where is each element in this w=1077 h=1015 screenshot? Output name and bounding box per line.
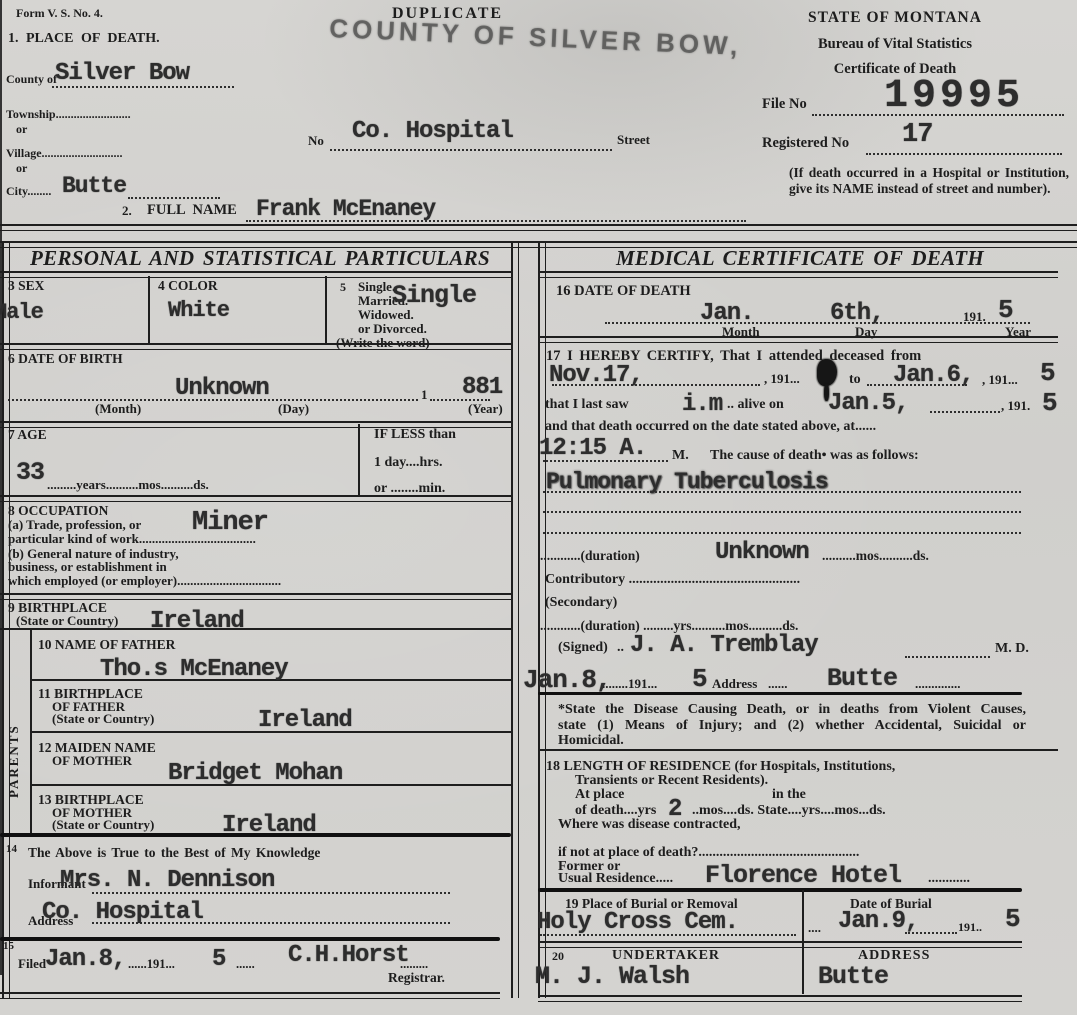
- duration-post: ..........mos..........ds.: [822, 548, 929, 564]
- attended-from-value: Nov.17,: [549, 362, 643, 389]
- dob-day-label: (Day): [278, 401, 309, 417]
- bureau-title: Bureau of Vital Statistics: [775, 36, 1015, 53]
- if-less-line1: IF LESS than: [374, 427, 456, 443]
- attended-to-value: Jan.6,: [893, 362, 973, 389]
- father-bp-value: Ireland: [258, 707, 352, 734]
- color-marital-divider: [325, 276, 327, 343]
- place-of-death-label: 1. PLACE OF DEATH.: [8, 31, 160, 47]
- fullname-value: Frank McEnaney: [256, 196, 435, 222]
- township-or: or: [16, 122, 27, 137]
- residence-years-value: 2: [668, 796, 681, 823]
- burial-date-value: Jan.9,: [838, 908, 918, 935]
- birthplace-sub: (State or Country): [16, 613, 118, 629]
- fullname-num: 2.: [122, 203, 132, 219]
- city-label: City........: [6, 184, 51, 199]
- right-title-rule: [538, 271, 1058, 278]
- last-saw-date: Jan.5,: [828, 390, 908, 417]
- marital-value: Single: [392, 281, 476, 310]
- sex-label: 3 SEX: [8, 278, 44, 294]
- age-units: .........years..........mos..........ds.: [47, 477, 209, 493]
- last-saw-191: , 191.: [1001, 398, 1030, 414]
- city-value: Butte: [62, 173, 126, 199]
- center-divider-left: [511, 242, 519, 998]
- signed-address-value: Butte: [827, 664, 897, 693]
- left-bottom-rule: [0, 992, 500, 999]
- sex-color-divider: [148, 276, 150, 343]
- father-bp-label3: (State or Country): [52, 711, 154, 727]
- violent-death-note: *State the Disease Causing Death, or in …: [558, 702, 1026, 749]
- burial-date-191: 191..: [958, 920, 982, 935]
- undertaker-value: M. J. Walsh: [535, 962, 689, 991]
- mother-bp-value: Ireland: [222, 812, 316, 839]
- registered-no-dotted-line: [866, 151, 1062, 155]
- age-value: 33: [16, 458, 44, 487]
- father-name-value: Tho.s McEnaney: [100, 656, 288, 683]
- last-saw-label: that I last saw: [545, 397, 629, 413]
- mother-name-label2: OF MOTHER: [52, 753, 132, 769]
- duration-label: ............(duration): [540, 548, 640, 564]
- occupation-bottom-rule: [0, 593, 511, 600]
- note-bottom-rule: [538, 749, 1058, 751]
- death-occurred-line: and that death occurred on the date stat…: [545, 419, 876, 435]
- fullname-label: FULL NAME: [147, 202, 237, 219]
- burial-place-value: Holy Cross Cem.: [537, 909, 738, 936]
- last-saw-year: 5: [1042, 388, 1057, 418]
- dod-year-label: Year: [1005, 324, 1031, 340]
- file-no-value: 19995: [884, 74, 1024, 119]
- filed-mid: ......191...: [128, 957, 175, 972]
- cause-intro: The cause of death• was as follows:: [710, 448, 919, 464]
- dob-year-value: 881: [462, 374, 502, 401]
- burial-row-rule: [538, 941, 1022, 948]
- registrar-value: C.H.Horst: [288, 942, 409, 969]
- ink-blot: [817, 359, 837, 386]
- signed-md: M. D.: [995, 641, 1029, 657]
- filed-year-value: 5: [212, 946, 225, 973]
- personal-section-title: PERSONAL AND STATISTICAL PARTICULARS: [10, 246, 510, 271]
- death-time-value: 12:15 A.: [539, 435, 646, 462]
- county-label: County of: [6, 72, 57, 87]
- dod-bottom-rule: [538, 336, 1058, 343]
- sex-value: Male: [0, 300, 43, 325]
- signed-address-label: Address: [712, 676, 757, 692]
- row1-bottom-rule: [0, 343, 511, 350]
- usual-residence-tail: ............: [928, 871, 970, 887]
- attended-to-191: , 191...: [982, 372, 1018, 388]
- attended-to-label: to: [849, 372, 861, 388]
- registered-no-label: Registered No: [762, 135, 849, 152]
- burial-date-year: 5: [1005, 904, 1020, 934]
- marital-num: 5: [340, 280, 346, 295]
- city-dotted-line: [128, 195, 220, 199]
- ink-blot-tail: [824, 384, 829, 401]
- cause-dotted-3: [543, 530, 1021, 534]
- attended-to-year: 5: [1040, 358, 1055, 388]
- usual-residence-label: Usual Residence.....: [558, 871, 673, 887]
- dod-printed-191: 191.: [963, 309, 986, 325]
- dod-year-value: 5: [998, 295, 1013, 325]
- dob-printed-one: 1: [421, 387, 428, 403]
- duration-value: Unknown: [715, 539, 809, 566]
- street-no-label: No: [308, 133, 324, 149]
- medical-section-title: MEDICAL CERTIFICATE OF DEATH: [545, 246, 1055, 271]
- occupation-value: Miner: [192, 508, 268, 538]
- informant-value: Mrs. N. Dennison: [60, 867, 274, 894]
- form-number: Form V. S. No. 4.: [16, 6, 103, 21]
- signed-label: (Signed): [558, 640, 608, 656]
- occupation-b-line3: which employed (or employer)............…: [8, 573, 281, 589]
- signed-date-year: 5: [692, 664, 707, 694]
- village-label: Village...........................: [6, 146, 123, 161]
- color-value: White: [168, 298, 229, 323]
- dob-value: Unknown: [175, 375, 269, 402]
- filed-label: Filed: [18, 956, 46, 972]
- dob-label: 6 DATE OF BIRTH: [8, 351, 123, 367]
- institution-note: (If death occurred in a Hospital or Inst…: [789, 165, 1069, 197]
- filed-date-value: Jan.8,: [45, 946, 125, 973]
- state-title: STATE OF MONTANA: [775, 9, 1015, 27]
- parents-vertical-label: PARENTS: [6, 668, 22, 798]
- street-dotted-line: [330, 147, 612, 151]
- township-label: Township.........................: [6, 107, 131, 122]
- usual-residence-value: Florence Hotel: [705, 861, 901, 890]
- marital-write-word: (Write the word): [336, 335, 430, 351]
- cause-dotted-2: [543, 509, 1021, 513]
- mother-name-value: Bridget Mohan: [168, 760, 342, 787]
- if-less-line2: 1 day....hrs.: [374, 455, 442, 471]
- residence-at-place: At place: [575, 787, 624, 803]
- father-name-label: 10 NAME OF FATHER: [38, 637, 175, 653]
- residence-where-contracted: Where was disease contracted,: [558, 817, 741, 833]
- attest-num: 14: [6, 843, 17, 855]
- dob-year-label: (Year): [468, 401, 503, 417]
- alive-on-label: .. alive on: [727, 397, 784, 413]
- mother-bp-label3: (State or Country): [52, 817, 154, 833]
- signed-pre-dots: ..: [617, 640, 624, 656]
- dob-month-label: (Month): [95, 401, 141, 417]
- registrar-label: Registrar.: [388, 970, 445, 986]
- birthplace-value: Ireland: [150, 608, 244, 635]
- undertaker-address-value: Butte: [818, 962, 888, 991]
- registered-no-value: 17: [902, 120, 932, 150]
- village-or: or: [16, 161, 27, 176]
- cause-value: Pulmonary Tuberculosis: [546, 469, 828, 495]
- if-less-line3: or ........min.: [374, 481, 445, 497]
- contributory-line: Contributory ...........................…: [545, 572, 800, 588]
- filed-dots: ......: [236, 957, 255, 972]
- signed-date-value: Jan.8,: [523, 665, 611, 695]
- signed-dotted: [905, 654, 990, 658]
- burial-date-pre-dots: ....: [808, 920, 821, 936]
- county-value: Silver Bow: [55, 60, 189, 87]
- dod-day-value: 6th,: [830, 300, 884, 327]
- file-no-label: File No: [762, 96, 807, 113]
- informant-address-value: Co. Hospital: [42, 899, 203, 926]
- age-label: 7 AGE: [8, 427, 47, 443]
- right-bottom-rule: [538, 995, 1022, 1002]
- residence-in-the: in the: [772, 787, 806, 803]
- signed-value: J. A. Tremblay: [630, 632, 818, 659]
- informant-bottom-thick-rule: [0, 937, 500, 941]
- signed-address-dots: ......: [768, 676, 788, 692]
- death-certificate-scan: Form V. S. No. 4. 1. PLACE OF DEATH. Cou…: [0, 0, 1077, 1015]
- street-value: Co. Hospital: [352, 118, 513, 145]
- street-label: Street: [617, 132, 650, 148]
- color-label: 4 COLOR: [158, 278, 218, 294]
- last-saw-dotted: [930, 409, 1000, 413]
- secondary-label: (Secondary): [545, 595, 617, 611]
- dod-month-value: Jan.: [700, 300, 754, 327]
- attest-text: The Above is True to the Best of My Know…: [28, 845, 320, 861]
- death-time-m: M.: [672, 448, 689, 464]
- county-stamp: COUNTY OF SILVER BOW,: [329, 13, 742, 62]
- left-title-rule: [0, 271, 511, 278]
- age-cell-divider: [358, 424, 360, 495]
- last-saw-him: i.m: [682, 391, 722, 418]
- header-bottom-rule: [0, 224, 1077, 231]
- dod-label: 16 DATE OF DEATH: [556, 283, 691, 300]
- filed-num: 15: [3, 940, 14, 952]
- attended-from-191: , 191...: [764, 371, 800, 387]
- signed-address-tail: ..............: [915, 676, 961, 692]
